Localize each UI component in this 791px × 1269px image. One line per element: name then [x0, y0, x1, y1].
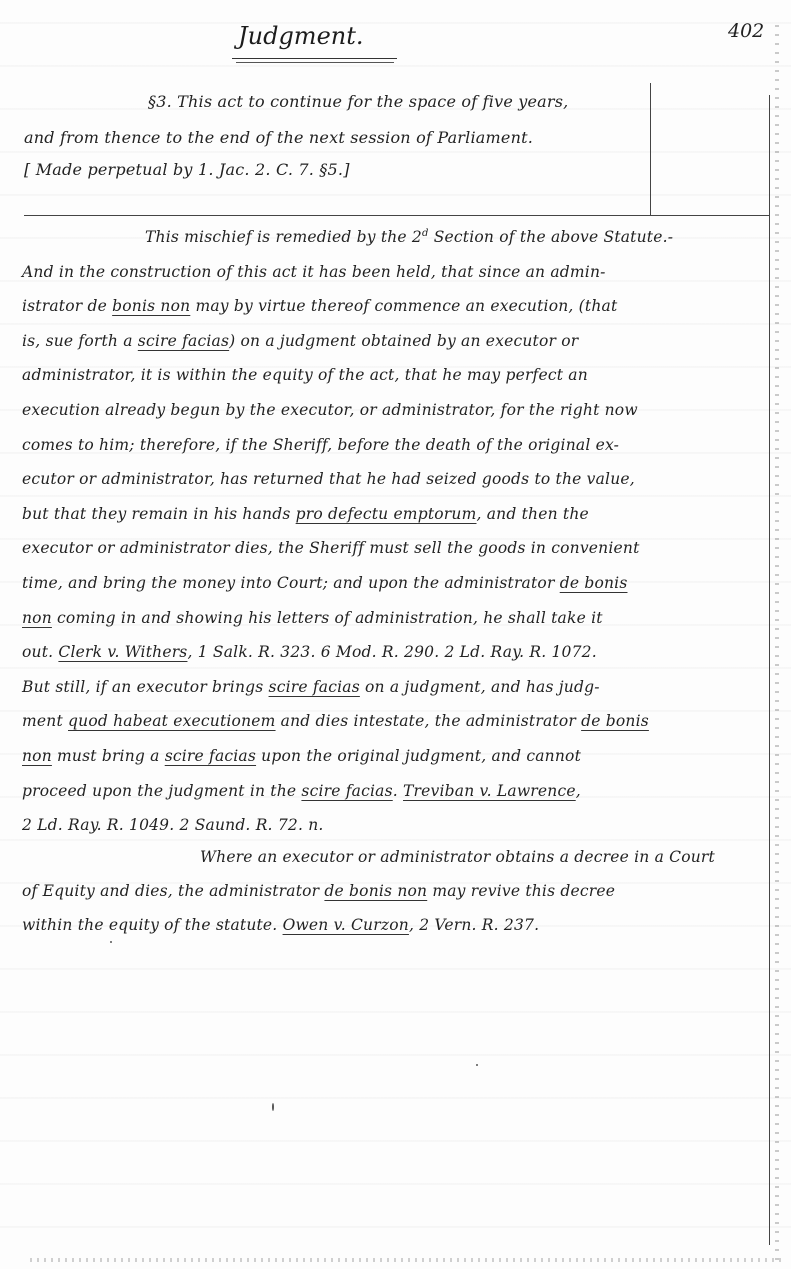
manuscript-line: time, and bring the money into Court; an…: [22, 574, 627, 592]
text-segment: d: [422, 228, 429, 239]
text-segment: , 2 Vern. R. 237.: [409, 916, 539, 934]
manuscript-line: ment quod habeat executionem and dies in…: [22, 712, 649, 730]
ink-speck: [272, 1103, 274, 1111]
text-segment: upon the original judgment, and cannot: [256, 747, 581, 765]
manuscript-line: non coming in and showing his letters of…: [22, 609, 603, 627]
manuscript-page: Judgment. 402 §3. This act to continue f…: [0, 0, 791, 1269]
text-segment: is, sue forth a: [22, 332, 138, 350]
underlined-term: non: [22, 747, 52, 765]
text-segment: within the equity of the statute.: [22, 916, 283, 934]
manuscript-line: And in the construction of this act it h…: [22, 263, 606, 281]
text-segment: istrator de: [22, 297, 112, 315]
section-divider: [24, 215, 770, 216]
text-segment: proceed upon the judgment in the: [22, 782, 301, 800]
statute-note: [ Made perpetual by 1. Jac. 2. C. 7. §5.…: [24, 160, 350, 179]
statute-line: and from thence to the end of the next s…: [24, 128, 533, 147]
ink-speck: [110, 941, 112, 943]
underlined-term: de bonis: [581, 712, 649, 730]
text-segment: but that they remain in his hands: [22, 505, 296, 523]
text-segment: ,: [576, 782, 581, 800]
text-segment: .: [393, 782, 403, 800]
title-underline: [232, 58, 397, 59]
text-segment: 2 Ld. Ray. R. 1049. 2 Saund. R. 72. n.: [22, 816, 324, 834]
text-segment: may by virtue thereof commence an execut…: [190, 297, 617, 315]
page-number: 402: [728, 20, 764, 42]
text-segment: comes to him; therefore, if the Sheriff,…: [22, 436, 619, 454]
text-segment: And in the construction of this act it h…: [22, 263, 606, 281]
text-segment: Where an executor or administrator obtai…: [200, 848, 715, 866]
text-segment: This mischief is remedied by the 2: [145, 228, 422, 246]
text-segment: out.: [22, 643, 58, 661]
underlined-term: scire facias: [165, 747, 256, 765]
text-segment: must bring a: [52, 747, 165, 765]
underlined-term: Clerk v. Withers: [58, 643, 187, 661]
text-segment: ) on a judgment obtained by an executor …: [229, 332, 578, 350]
manuscript-line: executor or administrator dies, the Sher…: [22, 539, 640, 557]
underlined-term: quod habeat executionem: [68, 712, 276, 730]
scan-edge: [30, 1258, 785, 1262]
ink-speck: [476, 1064, 478, 1066]
underlined-term: bonis non: [112, 297, 190, 315]
manuscript-line: istrator de bonis non may by virtue ther…: [22, 297, 617, 315]
text-segment: time, and bring the money into Court; an…: [22, 574, 560, 592]
manuscript-line: administrator, it is within the equity o…: [22, 366, 588, 384]
underlined-term: Treviban v. Lawrence: [403, 782, 576, 800]
text-segment: administrator, it is within the equity o…: [22, 366, 588, 384]
text-segment: coming in and showing his letters of adm…: [52, 609, 603, 627]
manuscript-line: ecutor or administrator, has returned th…: [22, 470, 635, 488]
underlined-term: de bonis: [560, 574, 628, 592]
underlined-term: Owen v. Curzon: [283, 916, 409, 934]
underlined-term: scire facias: [301, 782, 392, 800]
underlined-term: non: [22, 609, 52, 627]
underlined-term: scire facias: [138, 332, 229, 350]
manuscript-line: non must bring a scire facias upon the o…: [22, 747, 581, 765]
text-segment: may revive this decree: [427, 882, 615, 900]
text-segment: executor or administrator dies, the Sher…: [22, 539, 640, 557]
manuscript-line: proceed upon the judgment in the scire f…: [22, 782, 581, 800]
manuscript-line: Where an executor or administrator obtai…: [200, 848, 715, 866]
text-segment: , and then the: [476, 505, 588, 523]
manuscript-line: is, sue forth a scire facias) on a judgm…: [22, 332, 578, 350]
underlined-term: scire facias: [269, 678, 360, 696]
manuscript-line: This mischief is remedied by the 2d Sect…: [145, 228, 673, 246]
title-underline-double: [236, 62, 394, 63]
text-segment: Section of the above Statute.-: [429, 228, 674, 246]
text-segment: ment: [22, 712, 68, 730]
margin-rule: [650, 83, 651, 215]
statute-line: §3. This act to continue for the space o…: [148, 92, 568, 111]
text-segment: and dies intestate, the administrator: [276, 712, 582, 730]
scan-edge: [775, 20, 779, 1260]
right-margin-rule: [769, 95, 770, 1245]
manuscript-line: 2 Ld. Ray. R. 1049. 2 Saund. R. 72. n.: [22, 816, 324, 834]
manuscript-line: comes to him; therefore, if the Sheriff,…: [22, 436, 619, 454]
manuscript-line: of Equity and dies, the administrator de…: [22, 882, 615, 900]
text-segment: on a judgment, and has judg-: [360, 678, 600, 696]
text-segment: ecutor or administrator, has returned th…: [22, 470, 635, 488]
manuscript-line: execution already begun by the executor,…: [22, 401, 638, 419]
underlined-term: pro defectu emptorum: [296, 505, 477, 523]
text-segment: execution already begun by the executor,…: [22, 401, 638, 419]
text-segment: But still, if an executor brings: [22, 678, 269, 696]
text-segment: of Equity and dies, the administrator: [22, 882, 324, 900]
manuscript-line: but that they remain in his hands pro de…: [22, 505, 589, 523]
manuscript-line: But still, if an executor brings scire f…: [22, 678, 600, 696]
manuscript-line: out. Clerk v. Withers, 1 Salk. R. 323. 6…: [22, 643, 597, 661]
page-title: Judgment.: [238, 22, 364, 50]
underlined-term: de bonis non: [324, 882, 427, 900]
manuscript-line: within the equity of the statute. Owen v…: [22, 916, 539, 934]
text-segment: , 1 Salk. R. 323. 6 Mod. R. 290. 2 Ld. R…: [187, 643, 596, 661]
